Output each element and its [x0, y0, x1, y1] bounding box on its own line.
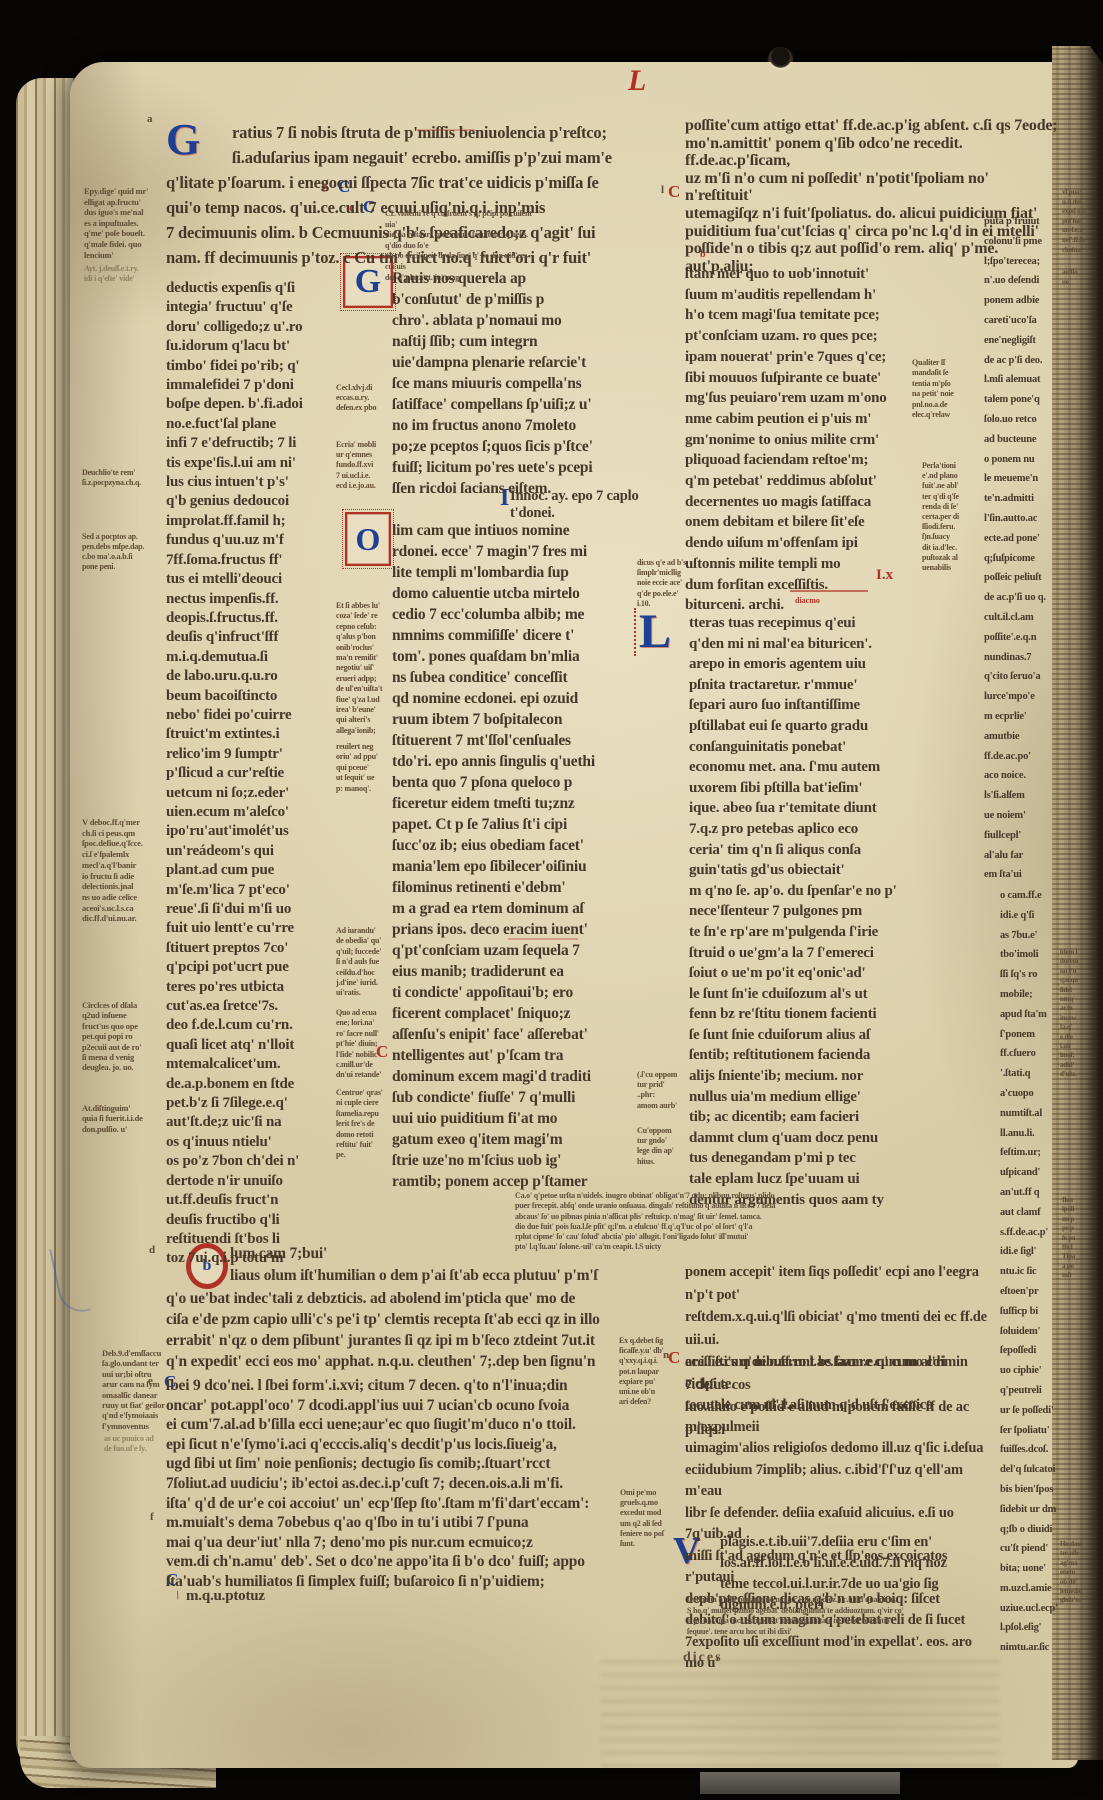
edge-note-3: ſdem l dorem no Fu q.u.qu ſidel nmq' ar.…	[1060, 948, 1100, 1080]
gloss-note-mid-1: Cecl.xlvj.di eccas.u.ry. deſen.ex pbo	[336, 383, 394, 414]
red-underline-1	[790, 590, 868, 592]
red-underline-3	[508, 938, 578, 940]
siglum-f: f	[150, 1512, 154, 1523]
initial-g-gratius: G	[166, 118, 200, 162]
siglum-d: d	[149, 1245, 155, 1256]
punch-hole	[769, 47, 792, 68]
gloss-note-mid-5: Quo ad ecua ene; lori.na' ro' ſacre null…	[336, 1008, 394, 1081]
pilcrow-puid: C	[668, 183, 680, 200]
gloss-note-rightofmid-4: Omi pe'mo gruels.q.mo excedut mod um q2 …	[620, 1488, 680, 1549]
margin-note-left-5: Circlces of dſala q2ud inſuene fruct'us …	[82, 1000, 166, 1073]
text-column1-opening: ratius 7 ſi nobis ſtruta de p'miſſis ben…	[232, 120, 618, 170]
margin-note-left-6: At.diſtinguim' quia ſi fuerit.i.i.de don…	[82, 1103, 166, 1134]
margin-note-right-2: Perla'tioni e'.nd plano fuit'.ne abl' te…	[922, 461, 977, 573]
initial-o-olim: O	[345, 512, 391, 566]
margin-note-left-2: Deuchlio'te rem' ſi.z.pocpzyna.ch.q.	[82, 468, 166, 488]
quire-mark: L	[628, 66, 646, 96]
gloss-note-mid-4: Ad iurandu' de obedia' qu' q'uil; fucced…	[336, 926, 394, 999]
manuscript-scan: L a b C c C l C b I.x diacmo I C d e C f…	[0, 0, 1103, 1800]
margin-note-left-4: V deboc.ff.q'mer ch.ſi ci peus.qm ſpoc.d…	[82, 817, 166, 924]
text-column2-gravius: ſtam mer quo to uob'innotuit' ſuum m'aud…	[685, 264, 917, 616]
text-olim-paragraph: q'o ue'bat indec'tali z debzticis. ad ab…	[166, 1288, 622, 1372]
gloss-bottom: Ordo iſta h'c ſit popzt.ſo.no.n.q.u.c.i …	[687, 1595, 1017, 1637]
gloss-note-mid-2: Ecria' mobli ur q'emnes fundo.ff.xvi 7 u…	[336, 440, 394, 491]
edge-note-4: Ilen ſpoli no p pr p ſe po ffe.l Tipa a …	[1062, 1196, 1102, 1281]
edge-note-5: Ho.d.ue tre.ulle ag'ma enem ob.dil' leme…	[1060, 1540, 1102, 1606]
margin-note-left-1: Epy.dige' quid mr' elligat ap.fructu' du…	[84, 186, 164, 260]
edge-note-2: aulſio ue.	[1062, 268, 1102, 287]
siglum-a: a	[147, 114, 153, 125]
dices-note: dices	[683, 1650, 743, 1666]
text-column2-litteras: tteras tuas recepimus q'eui q'den mi ni …	[689, 613, 924, 1210]
gloss-note-mid-6: Centrue' qras' ni cuple ciere ſtamelia.r…	[336, 1088, 394, 1161]
edge-note-1: vl'pua; u.d.dm expd o.u poſ'ſue' un-ſ.e.…	[1062, 188, 1102, 255]
margin-note-left-1b: Ayt. j.deuſſ.e.t.ry. idi i q'eſte' vide'	[84, 264, 164, 284]
support-tab	[700, 1772, 900, 1794]
text-column1-middle: Rauis nos querela ap b'conſutut' de p'mi…	[392, 268, 654, 1192]
gloss-note-mid-3: Et ſi abbes lu' coza' ſede' re cepno ceſ…	[336, 601, 394, 736]
text-column1-narrow: deductis expenſis q'ſi integia' fructuu'…	[166, 279, 334, 1269]
margin-note-right-1: Qualiter ſſ mandaſit ſe tentia m'pſo na …	[912, 358, 972, 420]
margin-note-left-7: Deb.9.d'emſſaccu ſa.glo.undant ter uui u…	[102, 1348, 184, 1431]
gloss-column-right-upper: puta p'fruiut colonu'ſi pme l;ſpo'terece…	[984, 212, 1064, 885]
catchword: m.q.u.ptotuz	[186, 1588, 306, 1605]
margin-note-left-7b: as uc puuico ad de fuo.ul'e ſy.	[104, 1434, 184, 1454]
gloss-interlinear-mid: Ca.o' q'petoe urſta n'uidels. inugro obt…	[515, 1191, 955, 1253]
siglum-l: l	[661, 185, 664, 196]
gloss-note-rightofmid-3: Cu'oppom tur gndo' lege din ap' hitus.	[637, 1126, 692, 1167]
red-underline-2	[415, 129, 475, 131]
text-bottom-left: ſbei 9 dco'nei. l ſbei form'.i.xvi; citu…	[166, 1376, 622, 1592]
margin-note-left-3: Sed a pocptos ap. pen.debs mſpe.dap. c.b…	[82, 532, 166, 572]
gloss-note-mid-3b: reuilert neg oriu' ad ppu' qui pceue' ut…	[336, 742, 394, 794]
gloss-note-rightofmid-2: (.ſ'cu oppom tur prid' ..phr: amom aurb'	[637, 1070, 692, 1111]
gloss-note-rightofmid-1: dicus q'e ad b's ſimplr'micllig noie ecc…	[637, 558, 695, 609]
gloss-note-rightofmid-5: Ex q.debet ſig ficaſſe.y.u' db' q'xxy.q.…	[619, 1336, 679, 1407]
